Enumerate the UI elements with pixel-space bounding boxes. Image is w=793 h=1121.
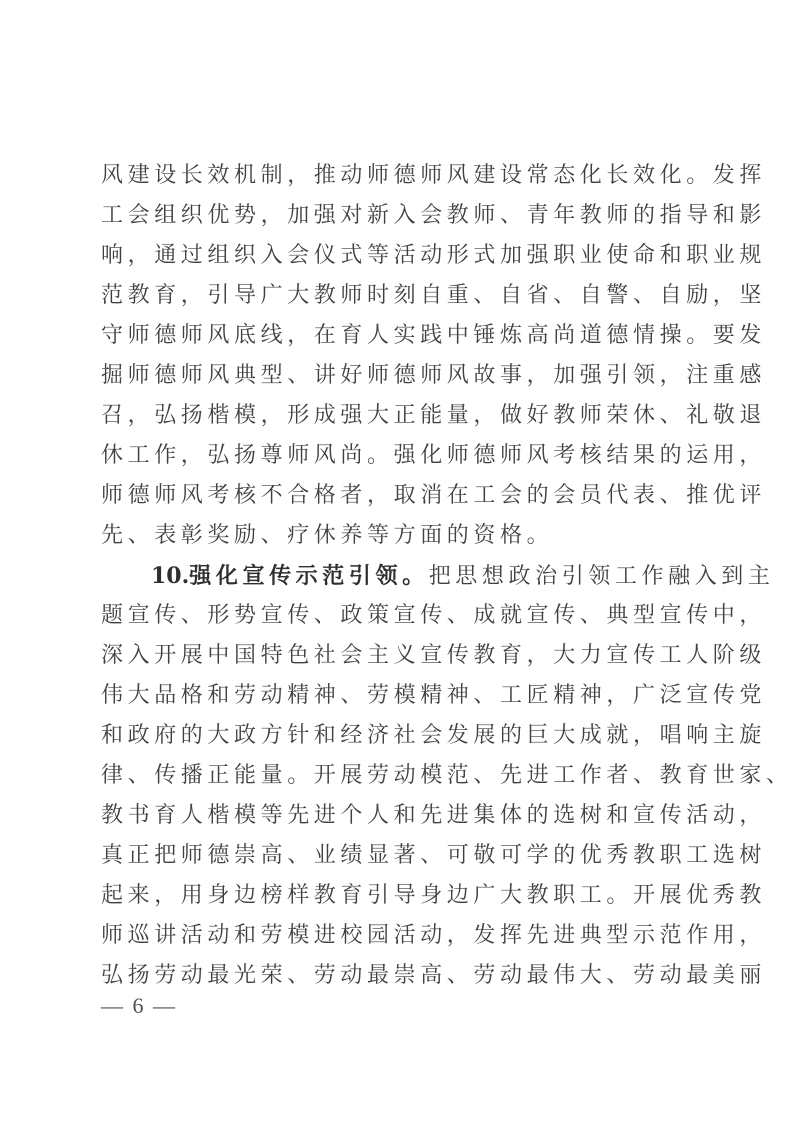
section-heading: 10.强化宣传示范引领。 bbox=[151, 563, 429, 589]
section-number: 10. bbox=[151, 563, 189, 589]
section-title: 强化宣传示范引领。 bbox=[189, 563, 428, 589]
text-line: 范教育，引导广大教师时刻自重、自省、自警、自励，坚 bbox=[101, 276, 701, 316]
text-line: 先、表彰奖励、疗休养等方面的资格。 bbox=[101, 516, 701, 556]
text-line: 和政府的大政方针和经济社会发展的巨大成就，唱响主旋 bbox=[101, 716, 701, 756]
document-page: 风建设长效机制，推动师德师风建设常态化长效化。发挥 工会组织优势，加强对新入会教… bbox=[0, 0, 793, 1121]
text-line: 守师德师风底线，在育人实践中锤炼高尚道德情操。要发 bbox=[101, 316, 701, 356]
text-line: 把思想政治引领工作融入到主 bbox=[429, 564, 775, 589]
text-line: 召，弘扬楷模，形成强大正能量，做好教师荣休、礼敬退 bbox=[101, 396, 701, 436]
text-line: 休工作，弘扬尊师风尚。强化师德师风考核结果的运用， bbox=[101, 436, 701, 476]
text-line: 工会组织优势，加强对新入会教师、青年教师的指导和影 bbox=[101, 196, 701, 236]
text-line: 弘扬劳动最光荣、劳动最崇高、劳动最伟大、劳动最美丽 bbox=[101, 956, 701, 996]
text-line: 伟大品格和劳动精神、劳模精神、工匠精神，广泛宣传党 bbox=[101, 676, 701, 716]
section-10-first-line: 10.强化宣传示范引领。把思想政治引领工作融入到主 bbox=[101, 556, 701, 596]
body-text: 风建设长效机制，推动师德师风建设常态化长效化。发挥 工会组织优势，加强对新入会教… bbox=[101, 156, 701, 996]
page-number: — 6 — bbox=[101, 993, 177, 1019]
text-line: 风建设长效机制，推动师德师风建设常态化长效化。发挥 bbox=[101, 156, 701, 196]
text-line: 响，通过组织入会仪式等活动形式加强职业使命和职业规 bbox=[101, 236, 701, 276]
text-line: 真正把师德崇高、业绩显著、可敬可学的优秀教职工选树 bbox=[101, 836, 701, 876]
text-line: 师德师风考核不合格者，取消在工会的会员代表、推优评 bbox=[101, 476, 701, 516]
text-line: 教书育人楷模等先进个人和先进集体的选树和宣传活动， bbox=[101, 796, 701, 836]
text-line: 掘师德师风典型、讲好师德师风故事，加强引领，注重感 bbox=[101, 356, 701, 396]
text-line: 起来，用身边榜样教育引导身边广大教职工。开展优秀教 bbox=[101, 876, 701, 916]
text-line: 题宣传、形势宣传、政策宣传、成就宣传、典型宣传中， bbox=[101, 596, 701, 636]
text-line: 师巡讲活动和劳模进校园活动，发挥先进典型示范作用， bbox=[101, 916, 701, 956]
text-line: 律、传播正能量。开展劳动模范、先进工作者、教育世家、 bbox=[101, 756, 701, 796]
text-line: 深入开展中国特色社会主义宣传教育，大力宣传工人阶级 bbox=[101, 636, 701, 676]
